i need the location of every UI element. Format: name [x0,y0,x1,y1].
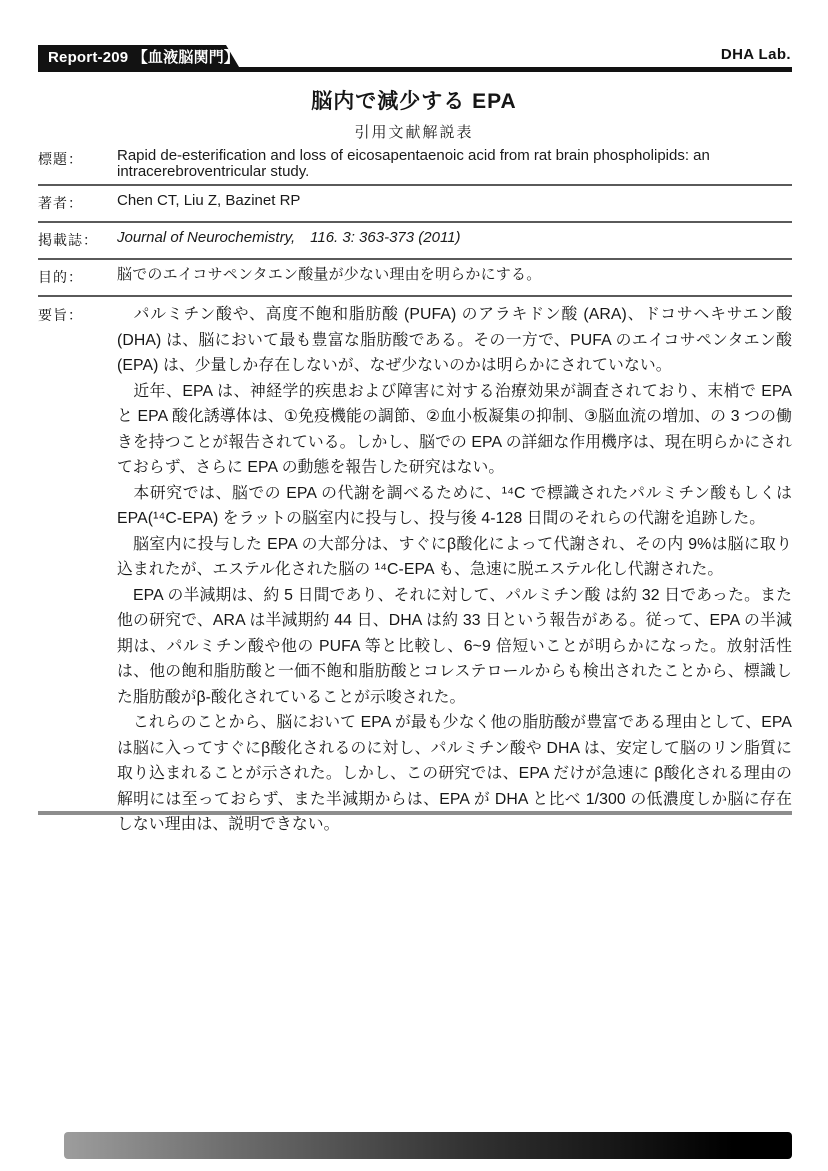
table-row-authors: 著者： Chen CT, Liu Z, Bazinet RP [38,186,792,223]
abstract-section: 要旨： パルミチン酸や、高度不飽和脂肪酸 (PUFA) のアラキドン酸 (ARA… [38,297,792,838]
row-value: Rapid de-esterification and loss of eico… [117,148,792,180]
report-banner: Report-209 【血液脳関門】 [38,45,242,72]
row-label: 標題： [38,148,117,169]
report-banner-label: Report-209 【血液脳関門】 [48,49,239,66]
table-row-purpose: 目的： 脳でのエイコサペンタエン酸量が少ない理由を明らかにする。 [38,260,792,297]
bottom-rule [38,811,792,815]
row-value: 脳でのエイコサペンタエン酸量が少ない理由を明らかにする。 [117,267,792,283]
table-row-title: 標題： Rapid de-esterification and loss of … [38,146,792,186]
abstract-paragraph: EPA の半減期は、約 5 日間であり、それに対して、パルミチン酸 は約 32 … [117,583,792,711]
abstract-paragraph: 近年、EPA は、神経学的疾患および障害に対する治療効果が調査されており、末梢で… [117,379,792,481]
abstract-paragraph: 脳室内に投与した EPA の大部分は、すぐにβ酸化によって代謝され、その内 9%… [117,532,792,583]
abstract-label: 要旨： [38,302,117,325]
abstract-paragraph: パルミチン酸や、高度不飽和脂肪酸 (PUFA) のアラキドン酸 (ARA)、ドコ… [117,302,792,379]
abstract-paragraph: これらのことから、脳において EPA が最も少なく他の脂肪酸が豊富である理由とし… [117,710,792,838]
row-label: 著者： [38,193,117,213]
footer-bar [64,1132,792,1159]
row-value: Chen CT, Liu Z, Bazinet RP [117,193,792,209]
table-row-journal: 掲載誌： Journal of Neurochemistry, 116. 3: … [38,223,792,260]
brand-label: DHA Lab. [721,46,791,63]
row-label: 目的： [38,267,117,287]
row-label: 掲載誌： [38,230,117,250]
page-title: 脳内で減少する EPA [0,85,828,115]
page-subtitle: 引用文献解説表 [0,121,828,142]
report-page: Report-209 【血液脳関門】 DHA Lab. 脳内で減少する EPA … [0,0,828,1171]
abstract-body: パルミチン酸や、高度不飽和脂肪酸 (PUFA) のアラキドン酸 (ARA)、ドコ… [117,302,792,838]
citation-table: 標題： Rapid de-esterification and loss of … [38,146,792,838]
abstract-paragraph: 本研究では、脳での EPA の代謝を調べるために、¹⁴C で標識されたパルミチン… [117,481,792,532]
row-value: Journal of Neurochemistry, 116. 3: 363-3… [117,230,792,246]
